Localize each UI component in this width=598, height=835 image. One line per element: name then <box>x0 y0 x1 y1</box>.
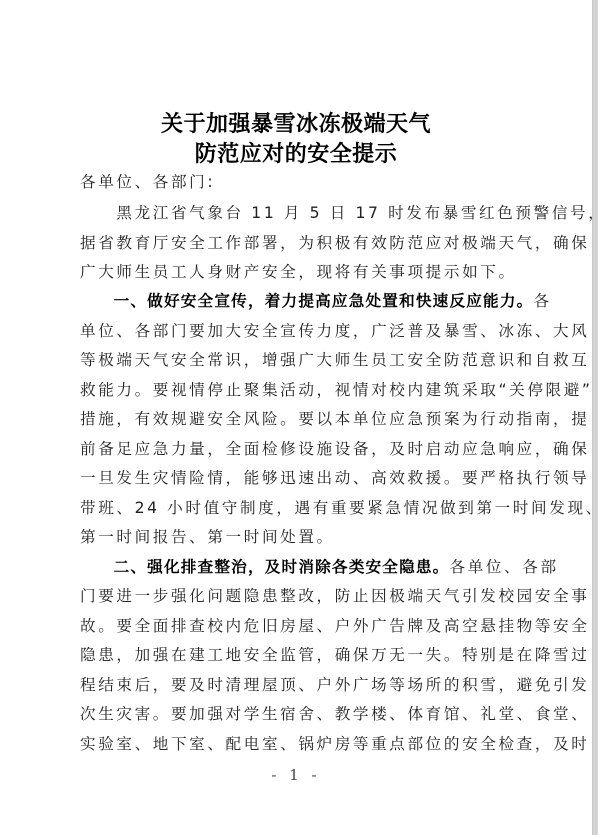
section1-line: 单位、各部门要加大安全宣传力度，广泛普及暴雪、冰冻、大风 <box>80 321 530 341</box>
intro-line: 黑龙江省气象台 11 月 5 日 17 时发布暴雪红色预警信号，根 <box>80 203 530 223</box>
document-title-line-2: 防范应对的安全提示 <box>0 137 592 168</box>
document-title-line-1: 关于加强暴雪冰冻极端天气 <box>0 107 592 138</box>
section2-heading: 二、强化排查整治，及时消除各类安全隐患。 <box>80 558 449 576</box>
section1-heading: 一、做好安全宣传，着力提高应急处置和快速反应能力。 <box>80 292 533 310</box>
salutation: 各单位、各部门: <box>80 172 530 192</box>
section1-line: 前备足应急力量，全面检修设施设备，及时启动应急响应，确保 <box>80 439 530 459</box>
section2-line: 次生灾害。要加强对学生宿舍、教学楼、体育馆、礼堂、食堂、 <box>80 704 530 724</box>
section1-line: 措施，有效规避安全风险。要以本单位应急预案为行动指南，提 <box>80 409 530 429</box>
document-page: 关于加强暴雪冰冻极端天气 防范应对的安全提示 各单位、各部门: 黑龙江省气象台 … <box>0 0 592 835</box>
section2-line: 故。要全面排查校内危旧房屋、户外广告牌及高空悬挂物等安全 <box>80 616 530 636</box>
section1-line: 救能力。要视情停止聚集活动，视情对校内建筑采取“关停限避” <box>80 380 530 400</box>
intro-line: 广大师生员工人身财产安全，现将有关事项提示如下。 <box>80 262 530 282</box>
section1-line: 带班、24 小时值守制度，遇有重要紧急情况做到第一时间发现、 <box>80 498 530 518</box>
section2-line: 隐患，加强在建工地安全监管，确保万无一失。特别是在降雪过 <box>80 645 530 665</box>
section1-heading-tail: 各 <box>533 292 551 310</box>
page-edge-shadow <box>592 0 598 835</box>
section2-heading-line: 二、强化排查整治，及时消除各类安全隐患。各单位、各部 <box>80 557 530 577</box>
section1-line: 第一时间报告、第一时间处置。 <box>80 527 530 547</box>
section1-heading-line: 一、做好安全宣传，着力提高应急处置和快速反应能力。各 <box>80 291 530 311</box>
page-number: - 1 - <box>0 766 592 784</box>
section1-line: 一旦发生灾情险情，能够迅速出动、高效救援。要严格执行领导 <box>80 468 530 488</box>
section2-line: 实验室、地下室、配电室、锅炉房等重点部位的安全检查，及时 <box>80 734 530 754</box>
section2-line: 门要进一步强化问题隐患整改，防止因极端天气引发校园安全事 <box>80 586 530 606</box>
intro-line: 据省教育厅安全工作部署，为积极有效防范应对极端天气，确保 <box>80 233 530 253</box>
section1-line: 等极端天气安全常识，增强广大师生员工安全防范意识和自救互 <box>80 350 530 370</box>
section2-heading-tail: 各单位、各部 <box>449 558 558 576</box>
section2-line: 程结束后，要及时清理屋顶、户外广场等场所的积雪，避免引发 <box>80 675 530 695</box>
